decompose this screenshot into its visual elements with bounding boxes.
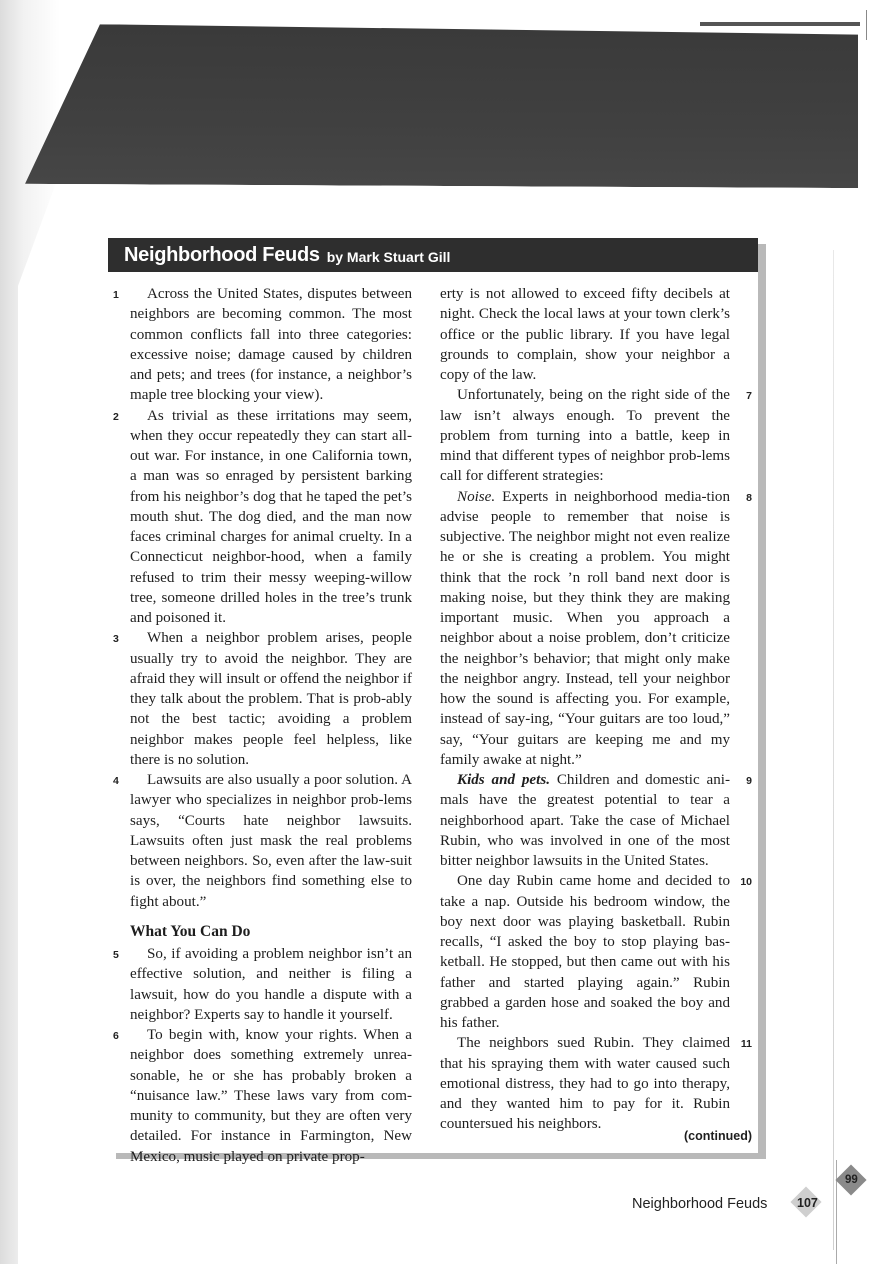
- paragraph-number: 10: [740, 872, 752, 892]
- article-byline: by Mark Stuart Gill: [327, 249, 451, 265]
- paragraph-2: 2As trivial as these irritations may see…: [130, 406, 412, 629]
- lead-in-kids-and-pets: Kids and pets.: [457, 772, 550, 788]
- paragraph-6: 6To begin with, know your rights. When a…: [130, 1025, 412, 1167]
- subheading: What You Can Do: [130, 922, 412, 942]
- secondary-page-number: 99: [845, 1174, 858, 1186]
- paragraph-11: 11The neighbors sued Rubin. They claimed…: [440, 1033, 730, 1134]
- article-title: Neighborhood Feuds: [124, 244, 320, 267]
- article-header: Neighborhood Feuds by Mark Stuart Gill: [108, 238, 758, 272]
- paragraph-1: 1Across the United States, disputes betw…: [130, 284, 412, 406]
- paragraph-number: 1: [113, 285, 119, 305]
- left-column: 1Across the United States, disputes betw…: [130, 284, 412, 1167]
- article-box: Neighborhood Feuds by Mark Stuart Gill 1…: [108, 238, 758, 1153]
- paragraph-9: 9Kids and pets. Children and domestic an…: [440, 770, 730, 871]
- paragraph-number: 3: [113, 629, 119, 649]
- paragraph-5: 5So, if avoiding a problem neighbor isn’…: [130, 944, 412, 1025]
- continued-label: (continued): [684, 1129, 752, 1143]
- photo-band-edge: [700, 22, 860, 26]
- footer-divider: [836, 1160, 837, 1264]
- page-number: 107: [797, 1196, 818, 1210]
- page-edge-rule: [866, 10, 867, 40]
- paragraph-number: 11: [741, 1034, 752, 1054]
- lead-in-noise: Noise.: [457, 489, 495, 505]
- paragraph-7: 7Unfortunately, being on the right side …: [440, 385, 730, 486]
- paragraph-10: 10One day Rubin came home and decided to…: [440, 871, 730, 1033]
- paragraph-number: 4: [113, 771, 119, 791]
- paragraph-number: 7: [746, 386, 752, 406]
- paragraph-8: 8Noise. Experts in neighborhood media-ti…: [440, 487, 730, 771]
- paragraph-number: 6: [113, 1026, 119, 1046]
- paragraph-number: 2: [113, 407, 119, 427]
- paragraph-6-continued: erty is not allowed to exceed fifty deci…: [440, 284, 730, 385]
- paragraph-3: 3When a neighbor problem arises, people …: [130, 628, 412, 770]
- dark-photo-band: [25, 24, 858, 188]
- running-footer-title: Neighborhood Feuds: [632, 1196, 767, 1212]
- paragraph-number: 8: [746, 488, 752, 508]
- paragraph-number: 5: [113, 945, 119, 965]
- page-fold-line: [833, 250, 834, 1250]
- right-column: erty is not allowed to exceed fifty deci…: [440, 284, 730, 1135]
- paragraph-4: 4Lawsuits are also usually a poor soluti…: [130, 770, 412, 912]
- paragraph-number: 9: [746, 771, 752, 791]
